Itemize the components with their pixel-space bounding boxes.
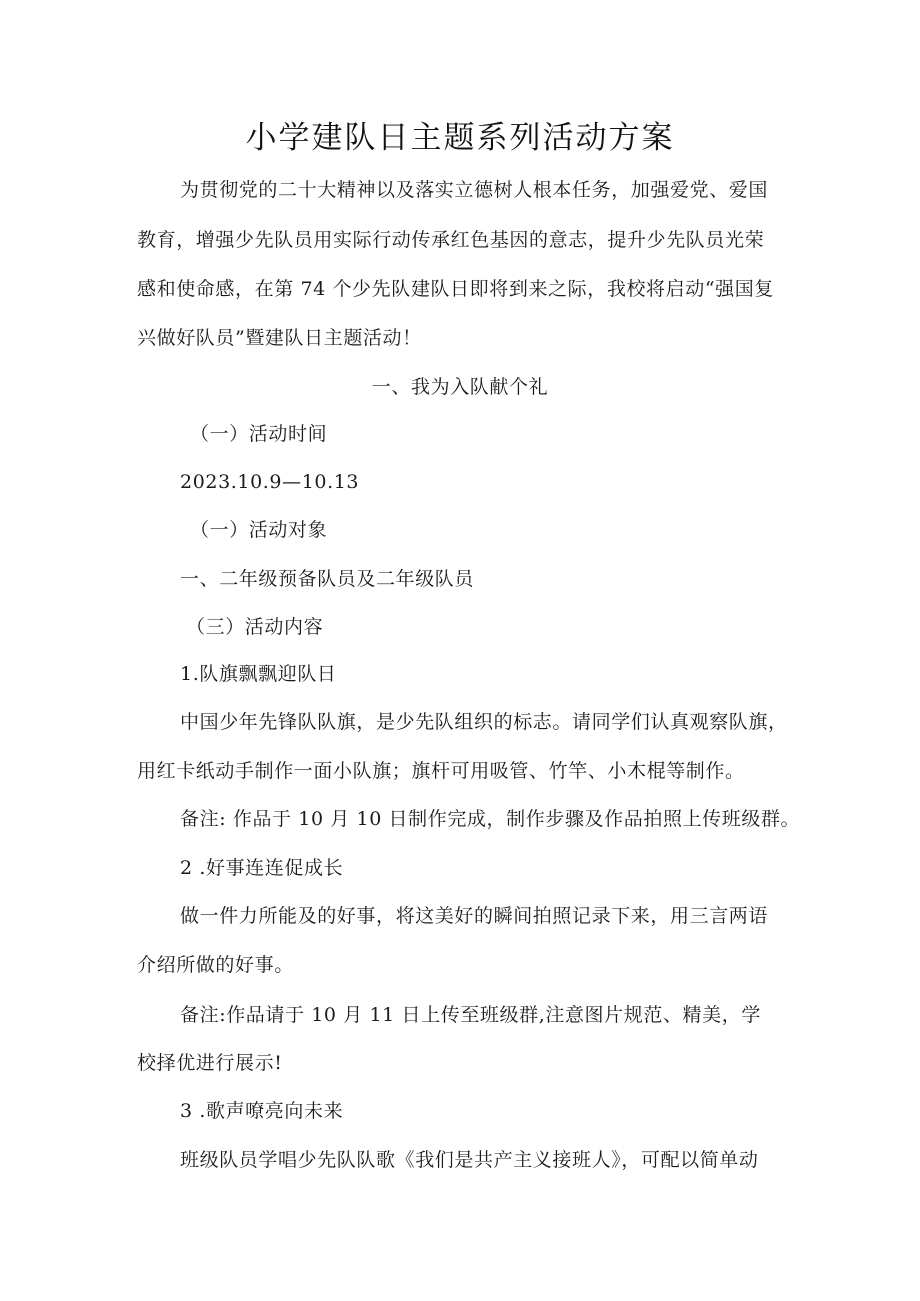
target-value: 一、二年级预备队员及二年级队员 — [180, 567, 474, 591]
intro-line-2: 教育，增强少先队员用实际行动传承红色基因的意志，提升少先队员光荣 — [137, 228, 764, 252]
item-3-title: 3 .歌声嘹亮向未来 — [180, 1099, 343, 1123]
section-heading: 一、我为入队献个礼 — [0, 375, 920, 399]
target-heading: （一）活动对象 — [190, 518, 327, 542]
item-2-note-2: 校择优进行展示! — [137, 1051, 282, 1075]
content-heading: （三）活动内容 — [186, 615, 323, 639]
item-2-title: 2 .好事连连促成长 — [180, 856, 343, 880]
item-2-note-1: 备注:作品请于 10 月 11 日上传至班级群,注意图片规范、精美，学 — [180, 1003, 761, 1027]
document-page: 小学建队日主题系列活动方案 为贯彻党的二十大精神以及落实立德树人根本任务，加强爱… — [0, 0, 920, 1301]
intro-line-3: 感和使命感，在第 74 个少先队建队日即将到来之际，我校将启动“强国复 — [137, 277, 774, 301]
item-1-body-2: 用红卡纸动手制作一面小队旗；旗杆可用吸管、竹竿、小木棍等制作。 — [137, 759, 745, 783]
item-3-body-1: 班级队员学唱少先队队歌《我们是共产主义接班人》，可配以简单动 — [180, 1148, 759, 1172]
intro-line-1: 为贯彻党的二十大精神以及落实立德树人根本任务，加强爱党、爱国 — [180, 178, 768, 202]
item-1-title: 1.队旗飘飘迎队日 — [180, 662, 337, 686]
time-heading: （一）活动时间 — [190, 422, 327, 446]
item-1-body-1: 中国少年先锋队队旗，是少先队组织的标志。请同学们认真观察队旗， — [180, 710, 788, 734]
item-1-note: 备注: 作品于 10 月 10 日制作完成，制作步骤及作品拍照上传班级群。 — [180, 807, 800, 831]
item-2-body-1: 做一件力所能及的好事，将这美好的瞬间拍照记录下来，用三言两语 — [180, 904, 768, 928]
document-title: 小学建队日主题系列活动方案 — [0, 118, 920, 158]
time-value: 2023.10.9—10.13 — [180, 470, 359, 494]
item-2-body-2: 介绍所做的好事。 — [137, 953, 294, 977]
intro-line-4: 兴做好队员”暨建队日主题活动！ — [137, 326, 422, 350]
